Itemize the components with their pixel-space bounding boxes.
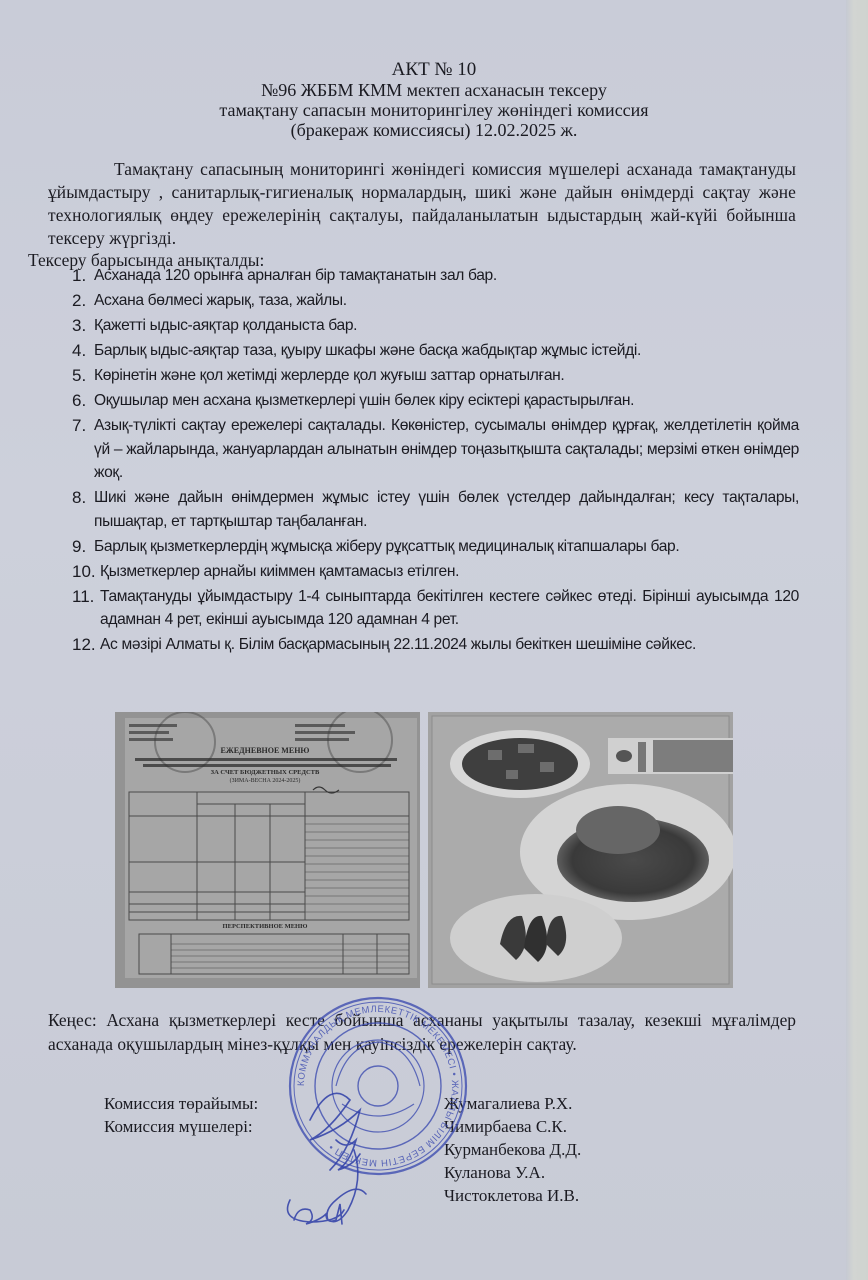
signature-names: Жумагалиева Р.Х. Чимирбаева С.К. Курманб… xyxy=(444,1092,664,1207)
finding-number: 10. xyxy=(72,560,100,584)
finding-text: Қажетті ыдыс-аяқтар қолданыста бар. xyxy=(94,314,799,338)
finding-number: 2. xyxy=(72,289,94,313)
finding-number: 5. xyxy=(72,364,94,388)
menu-heading: ЕЖЕДНЕВНОЕ МЕНЮ xyxy=(221,746,310,755)
document-title: АКТ № 10 №96 ЖББМ КММ мектеп асханасын т… xyxy=(0,60,868,140)
title-line-date: (бракераж комиссиясы) 12.02.2025 ж. xyxy=(0,120,868,140)
finding-text: Асхана бөлмесі жарық, таза, жайлы. xyxy=(94,289,799,313)
finding-item: 4.Барлық ыдыс-аяқтар таза, қуыру шкафы ж… xyxy=(72,339,799,363)
finding-item: 5.Көрінетін және қол жетімді жерлерде қо… xyxy=(72,364,799,388)
signatory-name: Чимирбаева С.К. xyxy=(444,1115,664,1138)
finding-text: Шикі және дайын өнімдермен жұмыс істеу ү… xyxy=(94,486,799,533)
signatory-name: Курманбекова Д.Д. xyxy=(444,1138,664,1161)
menu-second-heading: ПЕРСПЕКТИВНОЕ МЕНЮ xyxy=(223,923,308,930)
advice-paragraph: Кеңес: Асхана қызметкерлері кесте бойынш… xyxy=(48,1008,796,1056)
findings-list: 1.Асханада 120 орынға арналған бір тамақ… xyxy=(72,264,799,658)
title-line-school: №96 ЖББМ КММ мектеп асханасын тексеру xyxy=(0,80,868,100)
title-line-commission: тамақтану сапасын мониторингілеу жөнінде… xyxy=(0,100,868,120)
finding-text: Барлық қызметкерлердің жұмысқа жіберу рұ… xyxy=(94,535,799,559)
fruit-bowl xyxy=(450,894,622,982)
finding-number: 12. xyxy=(72,633,100,657)
finding-item: 6.Оқушылар мен асхана қызметкерлері үшін… xyxy=(72,389,799,413)
finding-item: 11.Тамақтануды ұйымдастыру 1-4 сыныптард… xyxy=(72,585,799,632)
food-photo xyxy=(428,712,733,988)
menu-photo: ЕЖЕДНЕВНОЕ МЕНЮ ЗА СЧЕТ БЮДЖЕТНЫХ СРЕДСТ… xyxy=(115,712,420,988)
salad-bowl xyxy=(450,730,590,798)
finding-item: 10.Қызметкерлер арнайы киіммен қамтамасы… xyxy=(72,560,799,584)
signature-labels: Комиссия төрайымы: Комиссия мүшелері: xyxy=(104,1092,304,1138)
finding-item: 9.Барлық қызметкерлердің жұмысқа жіберу … xyxy=(72,535,799,559)
finding-text: Азық-түлікті сақтау ережелері сақталады.… xyxy=(94,414,799,485)
menu-season: (ЗИМА-ВЕСНА 2024-2025) xyxy=(230,777,301,784)
act-number: АКТ № 10 xyxy=(0,60,868,80)
finding-item: 8.Шикі және дайын өнімдермен жұмыс істеу… xyxy=(72,486,799,533)
intro-text: Тамақтану сапасының мониторингі жөніндег… xyxy=(48,158,796,250)
members-label: Комиссия мүшелері: xyxy=(104,1115,304,1138)
finding-text: Оқушылар мен асхана қызметкерлері үшін б… xyxy=(94,389,799,413)
finding-number: 3. xyxy=(72,314,94,338)
paper-edge xyxy=(846,0,868,1280)
finding-number: 1. xyxy=(72,264,94,288)
finding-item: 7.Азық-түлікті сақтау ережелері сақталад… xyxy=(72,414,799,485)
finding-item: 1.Асханада 120 орынға арналған бір тамақ… xyxy=(72,264,799,288)
signatory-name: Куланова У.А. xyxy=(444,1161,664,1184)
finding-text: Ас мәзірі Алматы қ. Білім басқармасының … xyxy=(100,633,799,657)
finding-text: Тамақтануды ұйымдастыру 1-4 сыныптарда б… xyxy=(100,585,799,632)
finding-text: Көрінетін және қол жетімді жерлерде қол … xyxy=(94,364,799,388)
finding-item: 2.Асхана бөлмесі жарық, таза, жайлы. xyxy=(72,289,799,313)
juice-box xyxy=(608,738,733,774)
finding-number: 8. xyxy=(72,486,94,533)
finding-number: 11. xyxy=(72,585,100,632)
menu-subheading: ЗА СЧЕТ БЮДЖЕТНЫХ СРЕДСТВ xyxy=(211,769,320,776)
signatory-name: Чистоклетова И.В. xyxy=(444,1184,664,1207)
finding-number: 9. xyxy=(72,535,94,559)
chair-label: Комиссия төрайымы: xyxy=(104,1092,304,1115)
finding-item: 12.Ас мәзірі Алматы қ. Білім басқармасын… xyxy=(72,633,799,657)
finding-item: 3.Қажетті ыдыс-аяқтар қолданыста бар. xyxy=(72,314,799,338)
signatory-name: Жумагалиева Р.Х. xyxy=(444,1092,664,1115)
finding-number: 7. xyxy=(72,414,94,485)
finding-text: Барлық ыдыс-аяқтар таза, қуыру шкафы жән… xyxy=(94,339,799,363)
finding-number: 4. xyxy=(72,339,94,363)
finding-number: 6. xyxy=(72,389,94,413)
intro-paragraph: Тамақтану сапасының мониторингі жөніндег… xyxy=(48,158,796,250)
finding-text: Асханада 120 орынға арналған бір тамақта… xyxy=(94,264,799,288)
finding-text: Қызметкерлер арнайы киіммен қамтамасыз е… xyxy=(100,560,799,584)
